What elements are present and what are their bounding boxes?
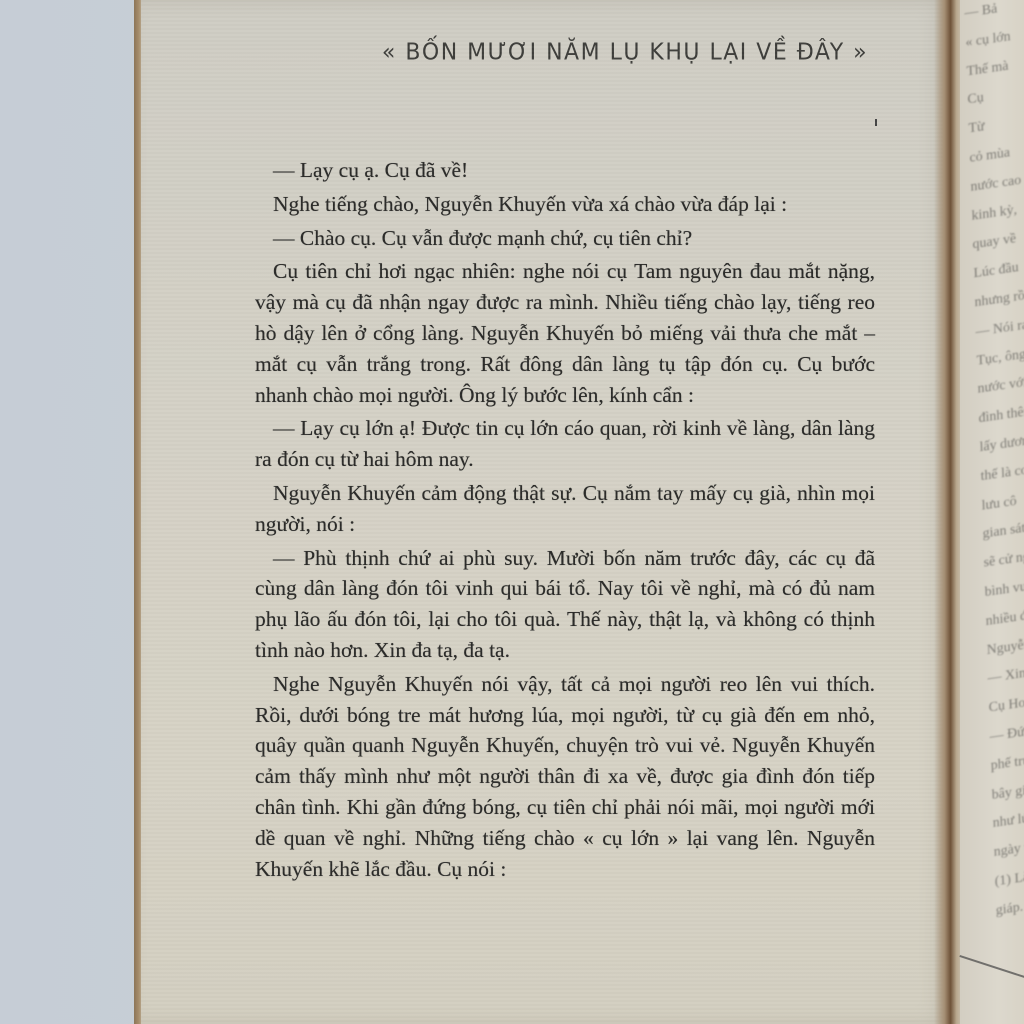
paragraph-8: Nghe Nguyễn Khuyến nói vậy, tất cả mọi n… xyxy=(255,669,875,885)
paragraph-3: — Chào cụ. Cụ vẫn được mạnh chứ, cụ tiên… xyxy=(255,223,875,254)
paragraph-7: — Phù thịnh chứ ai phù suy. Mười bốn năm… xyxy=(255,543,875,666)
book-photo: « BỐN MƯƠI NĂM LỤ KHỤ LẠI VỀ ĐÂY » — Lạy… xyxy=(0,0,1024,1024)
paragraph-2: Nghe tiếng chào, Nguyễn Khuyến vừa xá ch… xyxy=(255,189,875,220)
running-head: « BỐN MƯƠI NĂM LỤ KHỤ LẠI VỀ ĐÂY » xyxy=(305,39,945,65)
facing-page: — Bả « cụ lớn Thế mà Cụ Từ cỏ mùa nước c… xyxy=(960,0,1024,1024)
book-page: « BỐN MƯƠI NĂM LỤ KHỤ LẠI VỀ ĐÂY » — Lạy… xyxy=(141,0,949,1024)
facing-page-text: — Bả « cụ lớn Thế mà Cụ Từ cỏ mùa nước c… xyxy=(964,0,1024,926)
ink-mark xyxy=(875,119,877,126)
paragraph-1: — Lạy cụ ạ. Cụ đã về! xyxy=(255,155,875,186)
paragraph-4: Cụ tiên chỉ hơi ngạc nhiên: nghe nói cụ … xyxy=(255,256,875,410)
paragraph-6: Nguyễn Khuyến cảm động thật sự. Cụ nắm t… xyxy=(255,478,875,540)
page-body: — Lạy cụ ạ. Cụ đã về! Nghe tiếng chào, N… xyxy=(255,155,875,887)
paragraph-5: — Lạy cụ lớn ạ! Được tin cụ lớn cáo quan… xyxy=(255,413,875,475)
